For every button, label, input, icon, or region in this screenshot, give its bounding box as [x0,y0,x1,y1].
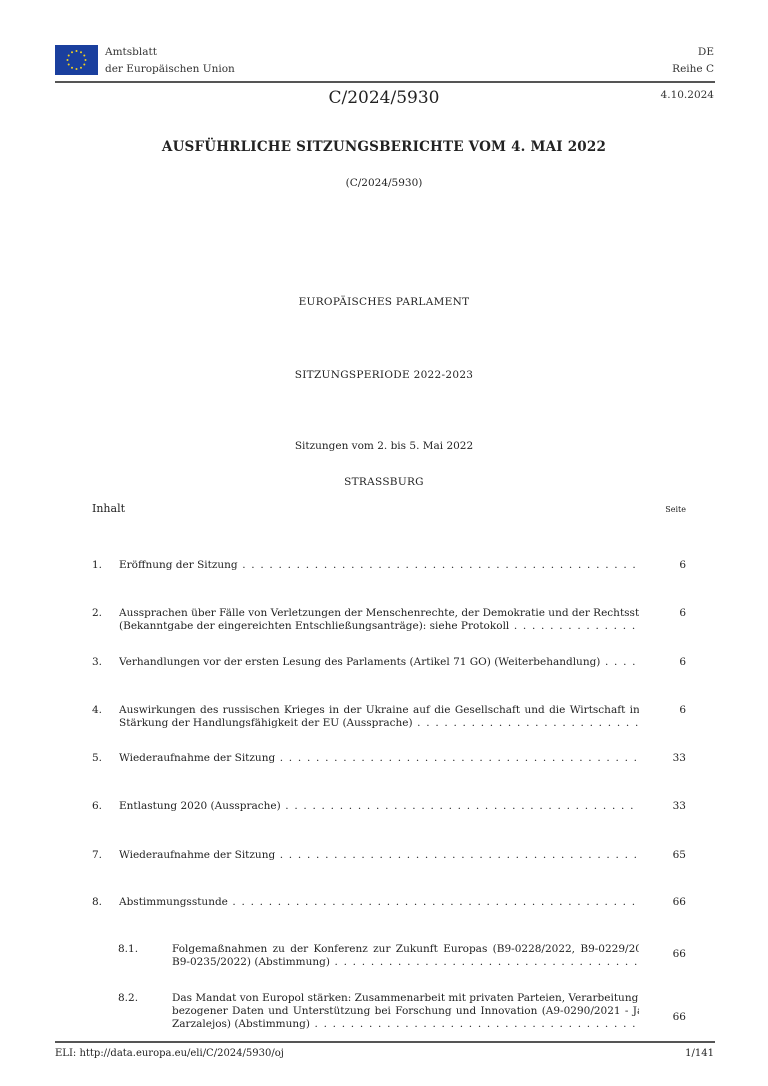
toc-heading: Inhalt [92,502,125,515]
sittings-dates: Sitzungen vom 2. bis 5. Mai 2022 [0,440,768,452]
institution: EUROPÄISCHES PARLAMENT [0,296,768,308]
toc-item-number: 7. [92,849,102,862]
page-number: 1/141 [685,1048,714,1059]
toc-item-title[interactable]: Wiederaufnahme der Sitzung [119,849,639,862]
toc-item-number: 4. [92,704,102,717]
toc-item-title-line1[interactable]: Das Mandat von Europol stärken: Zusammen… [172,992,639,1005]
toc-item-2[interactable]: 2. Aussprachen über Fälle von Verletzung… [92,607,686,635]
toc-item-number: 6. [92,800,102,813]
toc-item-title[interactable]: Abstimmungsstunde [119,896,639,909]
document-sub-id: (C/2024/5930) [0,177,768,189]
header-rule [55,81,715,83]
toc-page-heading: Seite [665,505,686,514]
eu-flag-icon [55,45,98,75]
publication-date: 4.10.2024 [661,89,714,101]
toc-item-page: 6 [679,704,686,717]
journal-name-line2: der Europäischen Union [105,61,235,78]
journal-name-line1: Amtsblatt [105,44,235,61]
toc-item-title-line2[interactable]: B9-0235/2022) (Abstimmung) [172,956,639,969]
journal-series: DE Reihe C [672,44,714,78]
language-code: DE [672,44,714,61]
document-id: C/2024/5930 [0,88,768,108]
sitting-place: STRASSBURG [0,476,768,488]
toc-item-title[interactable]: Wiederaufnahme der Sitzung [119,752,639,765]
toc-item-title-line2[interactable]: bezogener Daten und Unterstützung bei Fo… [172,1005,639,1018]
toc-item-page: 33 [673,800,686,813]
toc-subitem-8-2[interactable]: 8.2. Das Mandat von Europol stärken: Zus… [92,992,686,1034]
toc-item-5[interactable]: 5. Wiederaufnahme der Sitzung 33 [92,752,686,766]
journal-name: Amtsblatt der Europäischen Union [105,44,235,78]
toc-item-page: 66 [673,896,686,909]
toc-item-number: 8. [92,896,102,909]
toc-item-page: 65 [673,849,686,862]
toc-item-4[interactable]: 4. Auswirkungen des russischen Krieges i… [92,704,686,732]
toc-item-page: 6 [679,607,686,620]
toc-item-title-line2[interactable]: (Bekanntgabe der eingereichten Entschlie… [119,620,639,633]
toc-item-number: 1. [92,559,102,572]
toc-item-page: 66 [673,948,686,961]
toc-item-number: 8.2. [118,992,138,1005]
toc-item-6[interactable]: 6. Entlastung 2020 (Aussprache) 33 [92,800,686,814]
toc-item-1[interactable]: 1. Eröffnung der Sitzung 6 [92,559,686,573]
toc-subitem-8-1[interactable]: 8.1. Folgemaßnahmen zu der Konferenz zur… [92,943,686,971]
eli-link[interactable]: ELI: http://data.europa.eu/eli/C/2024/59… [55,1048,284,1059]
toc-item-number: 5. [92,752,102,765]
toc-item-7[interactable]: 7. Wiederaufnahme der Sitzung 65 [92,849,686,863]
document-title: AUSFÜHRLICHE SITZUNGSBERICHTE VOM 4. MAI… [0,139,768,155]
series-label: Reihe C [672,61,714,78]
toc-item-title[interactable]: Eröffnung der Sitzung [119,559,639,572]
toc-item-title-line3[interactable]: Zarzalejos) (Abstimmung) [172,1018,639,1031]
toc-item-title-line1[interactable]: Folgemaßnahmen zu der Konferenz zur Zuku… [172,943,639,956]
toc-item-8[interactable]: 8. Abstimmungsstunde 66 [92,896,686,910]
toc-item-page: 6 [679,559,686,572]
toc-item-number: 8.1. [118,943,138,956]
toc-item-page: 33 [673,752,686,765]
session-period: SITZUNGSPERIODE 2022-2023 [0,369,768,381]
toc-item-page: 66 [673,1011,686,1024]
toc-item-title-line2[interactable]: Stärkung der Handlungsfähigkeit der EU (… [119,717,639,730]
toc-item-3[interactable]: 3. Verhandlungen vor der ersten Lesung d… [92,656,686,670]
toc-item-title[interactable]: Entlastung 2020 (Aussprache) [119,800,639,813]
toc-item-title-line1[interactable]: Aussprachen über Fälle von Verletzungen … [119,607,639,620]
toc-item-number: 3. [92,656,102,669]
toc-item-page: 6 [679,656,686,669]
toc-item-title-line1[interactable]: Auswirkungen des russischen Krieges in d… [119,704,639,717]
toc-item-number: 2. [92,607,102,620]
toc-item-title[interactable]: Verhandlungen vor der ersten Lesung des … [119,656,639,669]
footer-rule [55,1041,715,1043]
